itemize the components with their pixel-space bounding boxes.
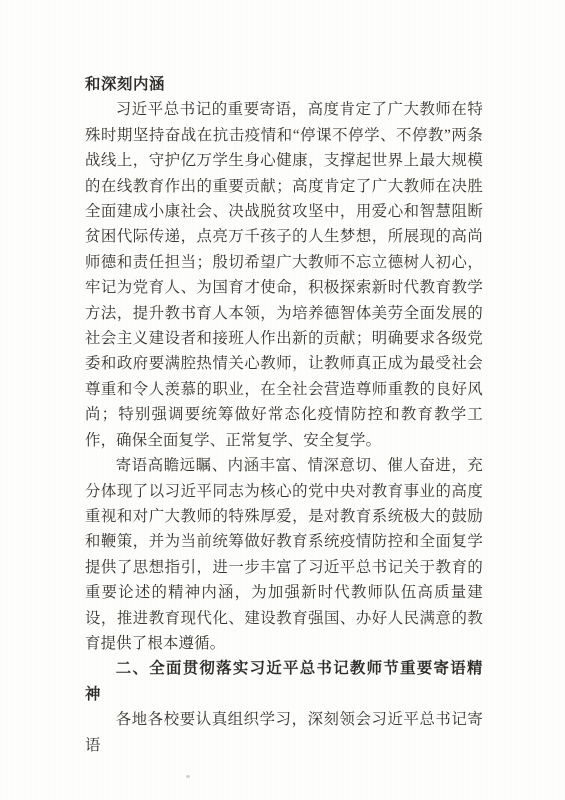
scanned-document-page: 和深刻内涵 习近平总书记的重要寄语，高度肯定了广大教师在特殊时期坚持奋战在抗击疫… — [0, 0, 565, 800]
scan-smudge-mark — [377, 512, 380, 516]
section-heading-two: 二、全面贯彻落实习近平总书记教师节重要寄语精神 — [85, 656, 483, 707]
paragraph-significance: 寄语高瞻远瞩、内涵丰富、情深意切、催人奋进，充分体现了以习近平同志为核心的党中央… — [85, 453, 483, 656]
document-text-block: 和深刻内涵 习近平总书记的重要寄语，高度肯定了广大教师在特殊时期坚持奋战在抗击疫… — [85, 72, 483, 758]
paragraph-commendation: 习近平总书记的重要寄语，高度肯定了广大教师在特殊时期坚持奋战在抗击疫情和“停课不… — [85, 97, 483, 453]
scan-speckle-mark — [186, 775, 190, 778]
section-heading-continuation: 和深刻内涵 — [85, 72, 483, 97]
paragraph-implementation: 各地各校要认真组织学习，深刻领会习近平总书记寄语 — [85, 707, 483, 758]
